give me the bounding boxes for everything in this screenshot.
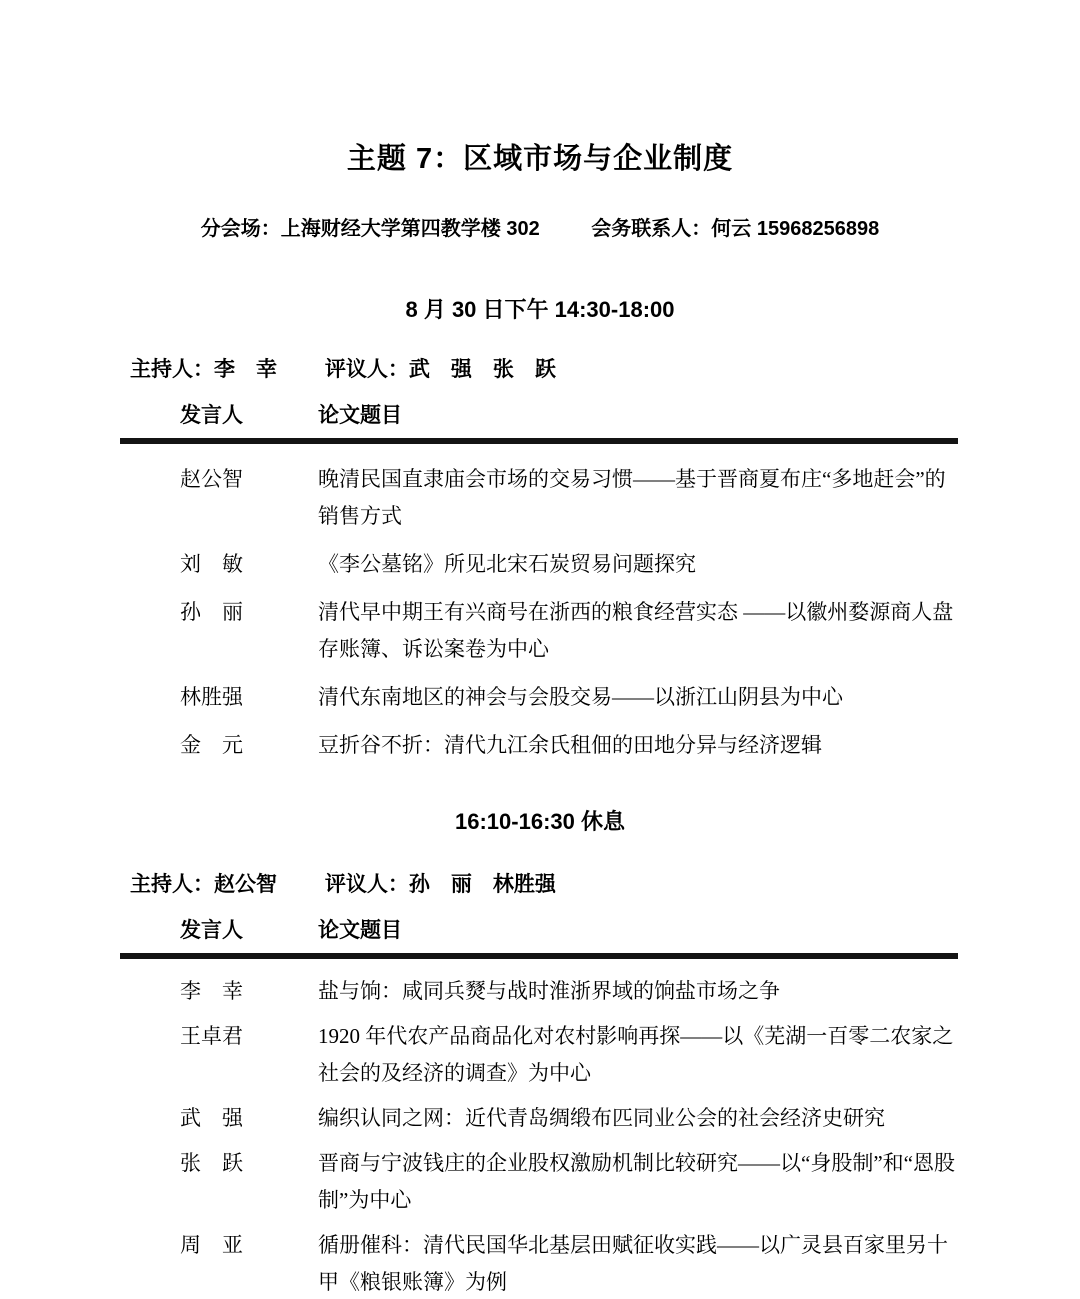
speaker-name: 林胜强 — [180, 679, 318, 716]
paper-title: 盐与饷：咸同兵燹与战时淮浙界域的饷盐市场之争 — [318, 973, 958, 1010]
speaker-name: 周 亚 — [180, 1227, 318, 1299]
session1-rows: 赵公智 晚清民国直隶庙会市场的交易习惯——基于晋商夏布庄“多地赶会”的销售方式 … — [120, 444, 958, 764]
speaker-name: 王卓君 — [180, 1018, 318, 1092]
paper-title: 循册催科：清代民国华北基层田赋征收实践——以广灵县百家里另十甲《粮银账簿》为例 — [318, 1227, 958, 1299]
session2-table-header: 发言人 论文题目 — [120, 918, 958, 944]
speaker-column-header: 发言人 — [180, 403, 318, 429]
paper-title: 晚清民国直隶庙会市场的交易习惯——基于晋商夏布庄“多地赶会”的销售方式 — [318, 461, 958, 535]
session1-time-heading: 8 月 30 日下午 14:30-18:00 — [0, 296, 1080, 324]
paper-title: 晋商与宁波钱庄的企业股权激励机制比较研究——以“身股制”和“恩股制”为中心 — [318, 1145, 958, 1219]
session2-chair: 主持人：赵公智 — [130, 873, 277, 896]
speaker-name: 金 元 — [180, 727, 318, 764]
table-row: 林胜强 清代东南地区的神会与会股交易——以浙江山阴县为中心 — [120, 679, 958, 716]
session2-discussants: 评议人：孙 丽 林胜强 — [325, 873, 556, 896]
page-title: 主题 7：区域市场与企业制度 — [0, 0, 1080, 176]
paper-title: 编织认同之网：近代青岛绸缎布匹同业公会的社会经济史研究 — [318, 1100, 958, 1137]
session1-chair: 主持人：李 幸 — [130, 358, 277, 381]
table-row: 赵公智 晚清民国直隶庙会市场的交易习惯——基于晋商夏布庄“多地赶会”的销售方式 — [120, 461, 958, 535]
venue-contact-line: 分会场：上海财经大学第四教学楼 302 会务联系人：何云 15968256898 — [0, 216, 1080, 242]
table-row: 刘 敏 《李公墓铭》所见北宋石炭贸易问题探究 — [120, 546, 958, 583]
speaker-name: 李 幸 — [180, 973, 318, 1010]
session1-chair-line: 主持人：李 幸 评议人：武 强 张 跃 — [130, 357, 1080, 383]
speaker-column-header: 发言人 — [180, 918, 318, 944]
paper-title: 1920 年代农产品商品化对农村影响再探——以《芜湖一百零二农家之社会的及经济的… — [318, 1018, 958, 1092]
speaker-name: 刘 敏 — [180, 546, 318, 583]
paper-title: 清代东南地区的神会与会股交易——以浙江山阴县为中心 — [318, 679, 958, 716]
table-row: 李 幸 盐与饷：咸同兵燹与战时淮浙界域的饷盐市场之争 — [120, 973, 958, 1010]
table-row: 孙 丽 清代早中期王有兴商号在浙西的粮食经营实态 ——以徽州婺源商人盘存账簿、诉… — [120, 594, 958, 668]
break-heading: 16:10-16:30 休息 — [0, 808, 1080, 836]
session2-chair-line: 主持人：赵公智 评议人：孙 丽 林胜强 — [130, 872, 1080, 898]
session2-rows: 李 幸 盐与饷：咸同兵燹与战时淮浙界域的饷盐市场之争 王卓君 1920 年代农产… — [120, 959, 958, 1299]
venue-text: 分会场：上海财经大学第四教学楼 302 — [201, 218, 540, 240]
session2-table: 发言人 论文题目 李 幸 盐与饷：咸同兵燹与战时淮浙界域的饷盐市场之争 王卓君 … — [120, 918, 958, 1299]
title-column-header: 论文题目 — [318, 918, 958, 944]
table-row: 王卓君 1920 年代农产品商品化对农村影响再探——以《芜湖一百零二农家之社会的… — [120, 1018, 958, 1092]
table-row: 金 元 豆折谷不折：清代九江余氏租佃的田地分异与经济逻辑 — [120, 727, 958, 764]
title-column-header: 论文题目 — [318, 403, 958, 429]
speaker-name: 孙 丽 — [180, 594, 318, 668]
paper-title: 豆折谷不折：清代九江余氏租佃的田地分异与经济逻辑 — [318, 727, 958, 764]
paper-title: 《李公墓铭》所见北宋石炭贸易问题探究 — [318, 546, 958, 583]
table-row: 张 跃 晋商与宁波钱庄的企业股权激励机制比较研究——以“身股制”和“恩股制”为中… — [120, 1145, 958, 1219]
speaker-name: 赵公智 — [180, 461, 318, 535]
speaker-name: 武 强 — [180, 1100, 318, 1137]
paper-title: 清代早中期王有兴商号在浙西的粮食经营实态 ——以徽州婺源商人盘存账簿、诉讼案卷为… — [318, 594, 958, 668]
contact-text: 会务联系人：何云 15968256898 — [591, 218, 879, 240]
conference-program-page: 主题 7：区域市场与企业制度 分会场：上海财经大学第四教学楼 302 会务联系人… — [0, 0, 1080, 1299]
speaker-name: 张 跃 — [180, 1145, 318, 1219]
table-row: 武 强 编织认同之网：近代青岛绸缎布匹同业公会的社会经济史研究 — [120, 1100, 958, 1137]
table-row: 周 亚 循册催科：清代民国华北基层田赋征收实践——以广灵县百家里另十甲《粮银账簿… — [120, 1227, 958, 1299]
session1-table-header: 发言人 论文题目 — [120, 403, 958, 429]
session1-table: 发言人 论文题目 赵公智 晚清民国直隶庙会市场的交易习惯——基于晋商夏布庄“多地… — [120, 403, 958, 764]
session1-discussants: 评议人：武 强 张 跃 — [325, 358, 556, 381]
